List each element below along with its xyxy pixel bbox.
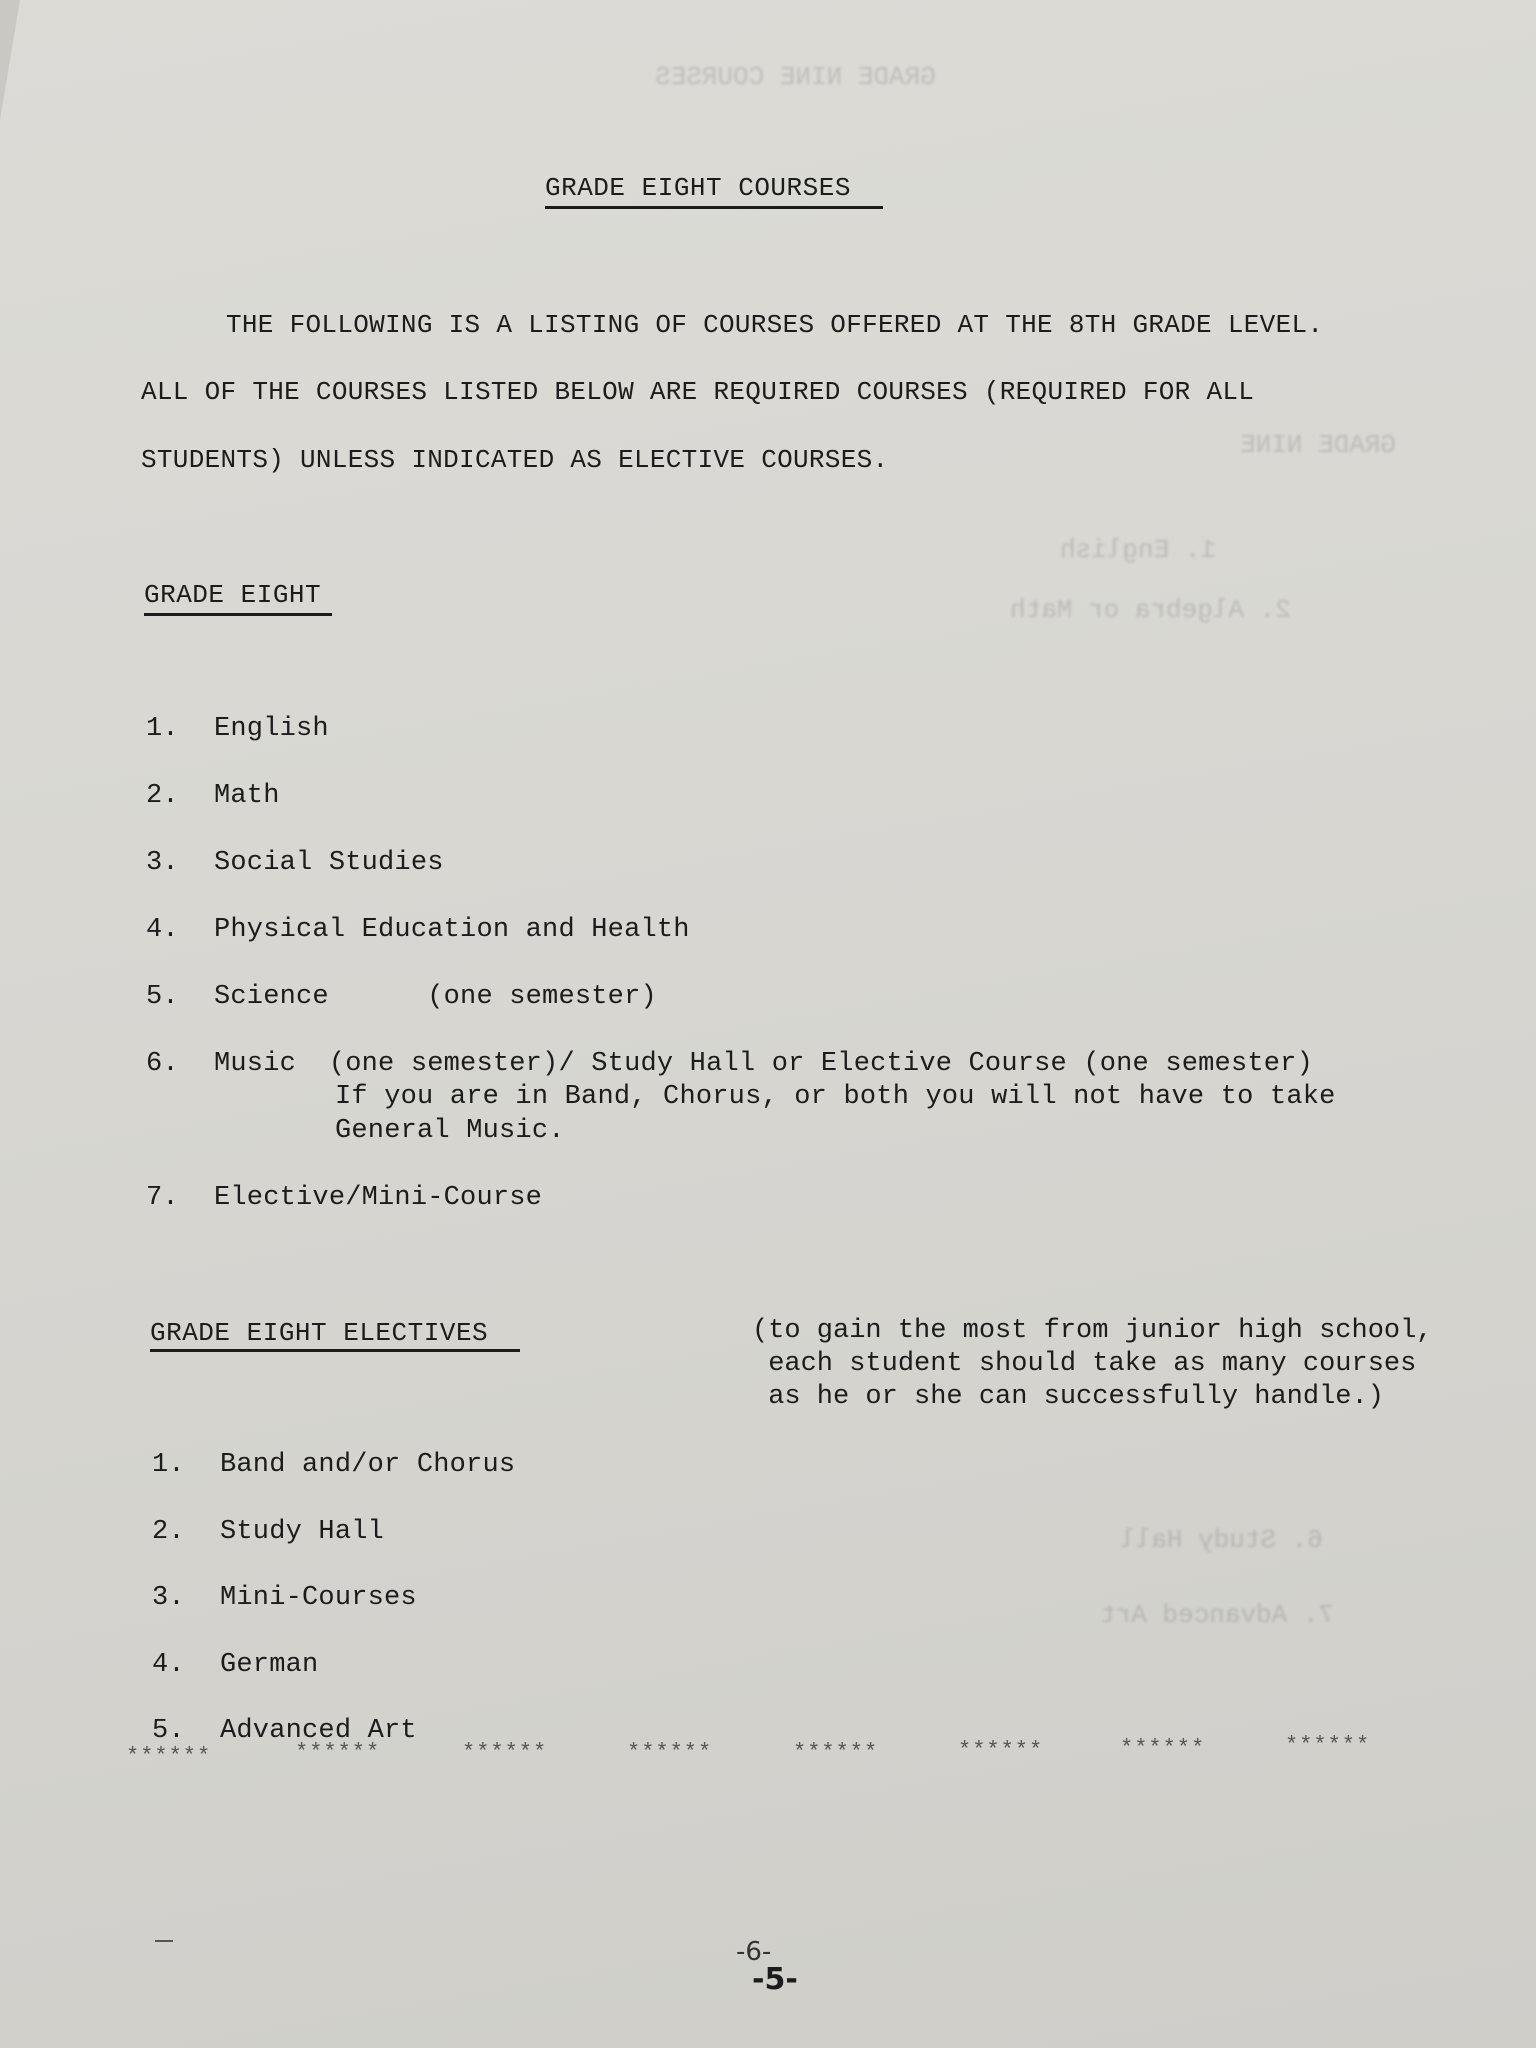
bleed-through-title: GRADE NINE COURSES	[655, 62, 936, 92]
course-item: 6.Music (one semester)/ Study Hall or El…	[146, 1049, 1313, 1079]
title-underline	[545, 206, 883, 209]
section-underline	[150, 1349, 520, 1352]
separator-asterisks: ******	[295, 1740, 380, 1765]
bleed-through-line: 2. Algebra or Math	[1010, 595, 1291, 625]
electives-note: as he or she can successfully handle.)	[752, 1382, 1384, 1412]
intro-line: STUDENTS) UNLESS INDICATED AS ELECTIVE C…	[141, 445, 888, 475]
elective-item: 1.Band and/or Chorus	[152, 1450, 515, 1480]
page-corner-fold	[0, 0, 20, 120]
page-title: GRADE EIGHT COURSES	[545, 173, 851, 203]
section-heading-required: GRADE EIGHT	[144, 580, 321, 610]
separator-asterisks: ******	[126, 1744, 211, 1769]
course-item: 3.Social Studies	[146, 848, 444, 878]
course-item: 5.Science (one semester)	[146, 982, 657, 1012]
bleed-through-line: 1. English	[1060, 535, 1216, 565]
page-number: -5-	[752, 1962, 798, 1997]
course-note: General Music.	[335, 1116, 565, 1146]
course-item: 2.Math	[146, 781, 280, 811]
separator-asterisks: ******	[1120, 1736, 1205, 1761]
separator-asterisks: ******	[793, 1740, 878, 1765]
electives-note: each student should take as many courses	[752, 1349, 1416, 1379]
intro-line: THE FOLLOWING IS A LISTING OF COURSES OF…	[226, 310, 1323, 340]
separator-asterisks: ******	[627, 1740, 712, 1765]
elective-item: 2.Study Hall	[152, 1517, 384, 1547]
separator-asterisks: ******	[958, 1738, 1043, 1763]
intro-line: ALL OF THE COURSES LISTED BELOW ARE REQU…	[141, 377, 1254, 407]
course-item: 1.English	[146, 714, 329, 744]
course-item: 7.Elective/Mini-Course	[146, 1183, 542, 1213]
separator-asterisks: ******	[462, 1740, 547, 1765]
bleed-through-line: 6. Study Hall	[1120, 1525, 1323, 1555]
section-underline	[144, 613, 332, 616]
course-note: If you are in Band, Chorus, or both you …	[335, 1082, 1336, 1112]
elective-item: 4.German	[152, 1650, 318, 1680]
electives-note: (to gain the most from junior high schoo…	[752, 1316, 1433, 1346]
elective-item: 3.Mini-Courses	[152, 1583, 417, 1613]
separator-asterisks: ******	[1285, 1733, 1370, 1758]
bleed-through-line: GRADE NINE	[1240, 430, 1396, 460]
course-item: 4.Physical Education and Health	[146, 915, 690, 945]
bleed-through-line: 7. Advanced Art	[1100, 1600, 1334, 1630]
section-heading-electives: GRADE EIGHT ELECTIVES	[150, 1318, 488, 1348]
pencil-mark	[155, 1940, 173, 1942]
